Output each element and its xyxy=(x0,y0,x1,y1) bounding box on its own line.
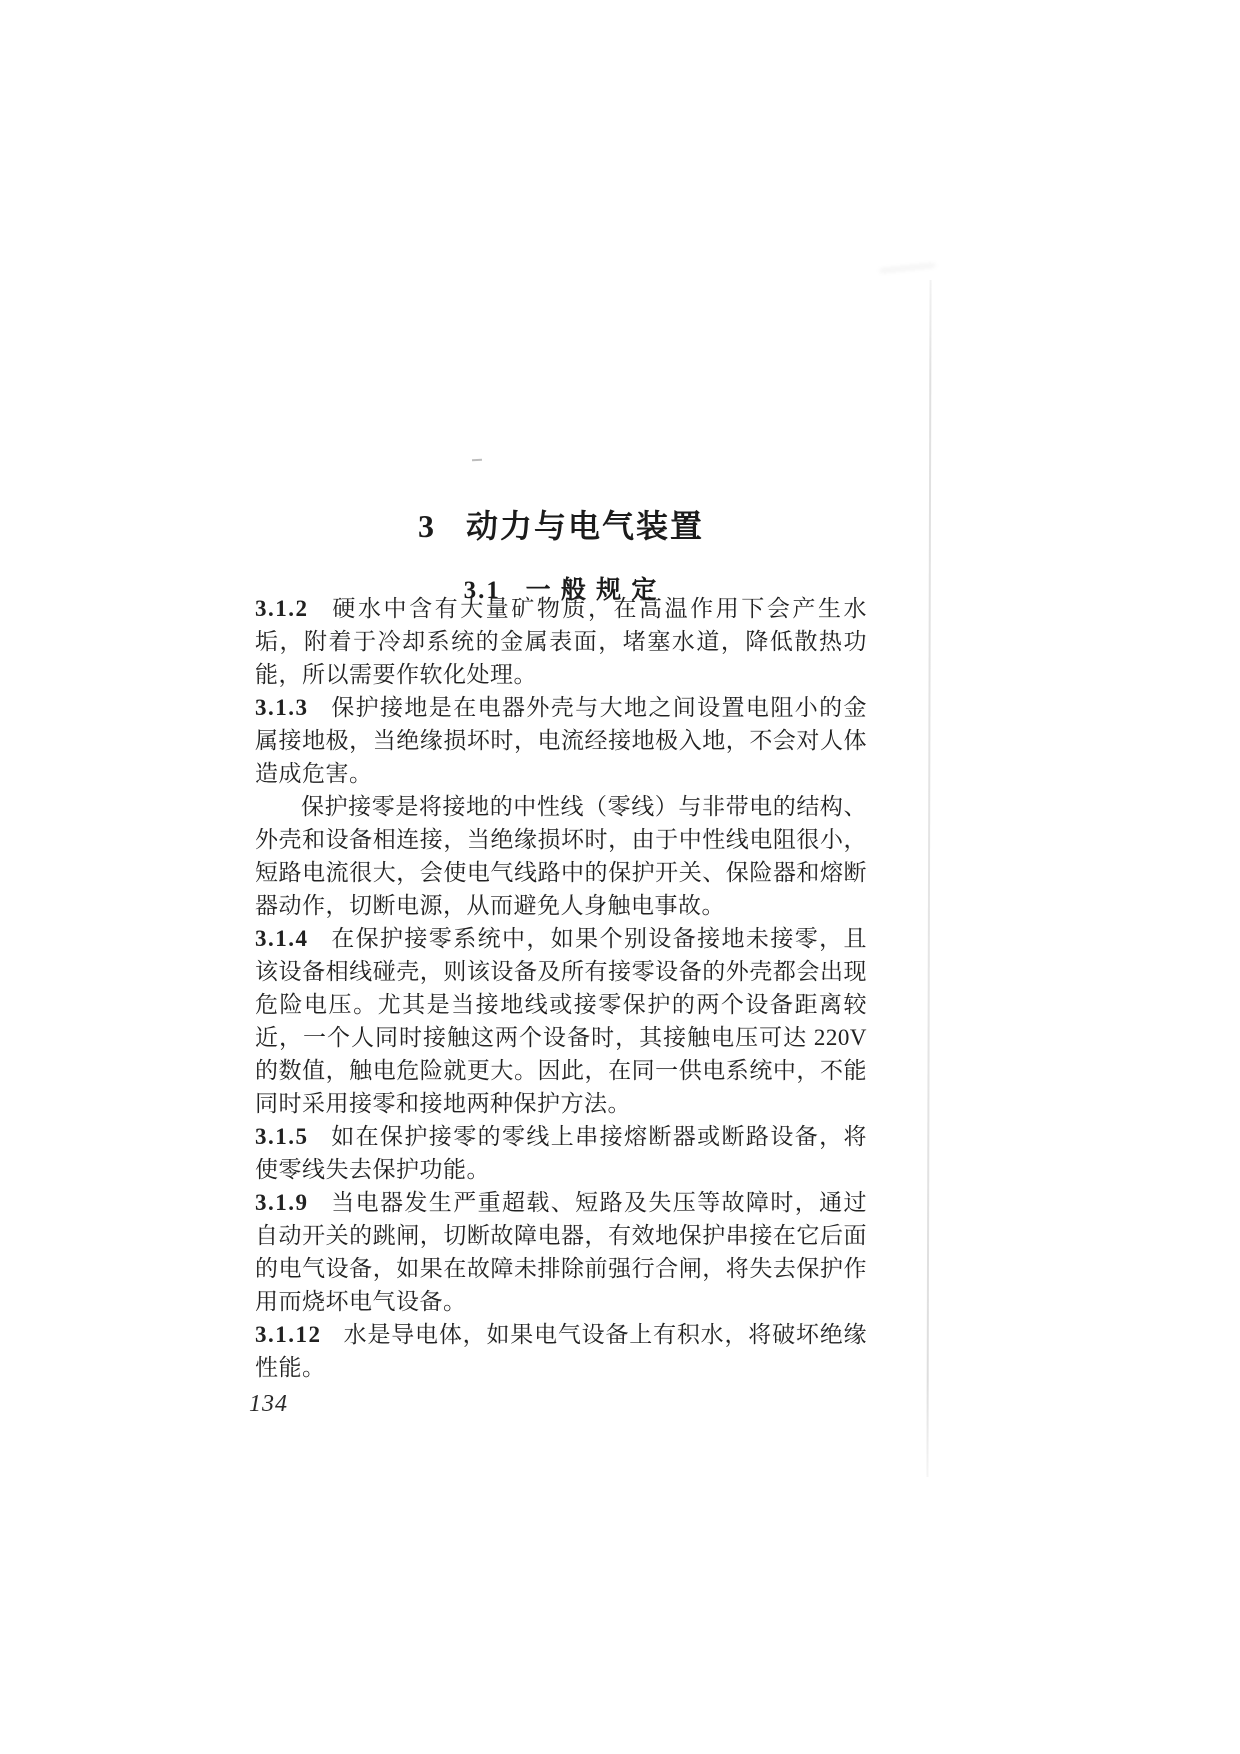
clause-text: 如在保护接零的零线上串接熔断器或断路设备，将使零线失去保护功能。 xyxy=(255,1124,867,1182)
scan-smudge-artifact xyxy=(880,263,935,273)
clause-paragraph: 保护接零是将接地的中性线（零线）与非带电的结构、外壳和设备相连接，当绝缘损坏时，… xyxy=(255,790,867,922)
clause-number: 3.1.5 xyxy=(255,1124,309,1149)
clause-text: 水是导电体，如果电气设备上有积水，将破坏绝缘性能。 xyxy=(255,1322,867,1380)
clause-text: 保护接地是在电器外壳与大地之间设置电阻小的金属接地极，当绝缘损坏时，电流经接地极… xyxy=(255,695,867,786)
clause-number: 3.1.4 xyxy=(255,926,309,951)
clause-paragraph: 3.1.9当电器发生严重超载、短路及失压等故障时，通过自动开关的跳闸，切断故障电… xyxy=(255,1186,867,1318)
scan-line-artifact xyxy=(926,280,931,1477)
clause-paragraph: 3.1.2硬水中含有大量矿物质，在高温作用下会产生水垢，附着于冷却系统的金属表面… xyxy=(255,592,867,691)
chapter-title: 3 动力与电气装置 xyxy=(255,501,867,547)
paragraph-list: 3.1.2硬水中含有大量矿物质，在高温作用下会产生水垢，附着于冷却系统的金属表面… xyxy=(255,592,867,1384)
clause-text: 硬水中含有大量矿物质，在高温作用下会产生水垢，附着于冷却系统的金属表面，堵塞水道… xyxy=(255,596,867,687)
clause-paragraph: 3.1.4在保护接零系统中，如果个别设备接地未接零，且该设备相线碰壳，则该设备及… xyxy=(255,922,867,1120)
clause-paragraph: 3.1.3保护接地是在电器外壳与大地之间设置电阻小的金属接地极，当绝缘损坏时，电… xyxy=(255,691,867,790)
clause-paragraph: 3.1.12水是导电体，如果电气设备上有积水，将破坏绝缘性能。 xyxy=(255,1318,867,1384)
clause-paragraph: 3.1.5如在保护接零的零线上串接熔断器或断路设备，将使零线失去保护功能。 xyxy=(255,1120,867,1186)
clause-number: 3.1.2 xyxy=(255,596,309,621)
clause-text: 在保护接零系统中，如果个别设备接地未接零，且该设备相线碰壳，则该设备及所有接零设… xyxy=(255,926,867,1116)
clause-number: 3.1.3 xyxy=(255,695,309,720)
clause-number: 3.1.12 xyxy=(255,1322,322,1347)
clause-text: 保护接零是将接地的中性线（零线）与非带电的结构、外壳和设备相连接，当绝缘损坏时，… xyxy=(255,794,867,918)
page-number: 134 xyxy=(249,1391,288,1418)
document-page: 3 动力与电气装置 3.1 一 般 规 定 3.1.2硬水中含有大量矿物质，在高… xyxy=(0,0,1240,1754)
clause-number: 3.1.9 xyxy=(255,1190,309,1215)
scan-dash-artifact xyxy=(472,459,482,462)
clause-text: 当电器发生严重超载、短路及失压等故障时，通过自动开关的跳闸，切断故障电器，有效地… xyxy=(255,1190,867,1314)
